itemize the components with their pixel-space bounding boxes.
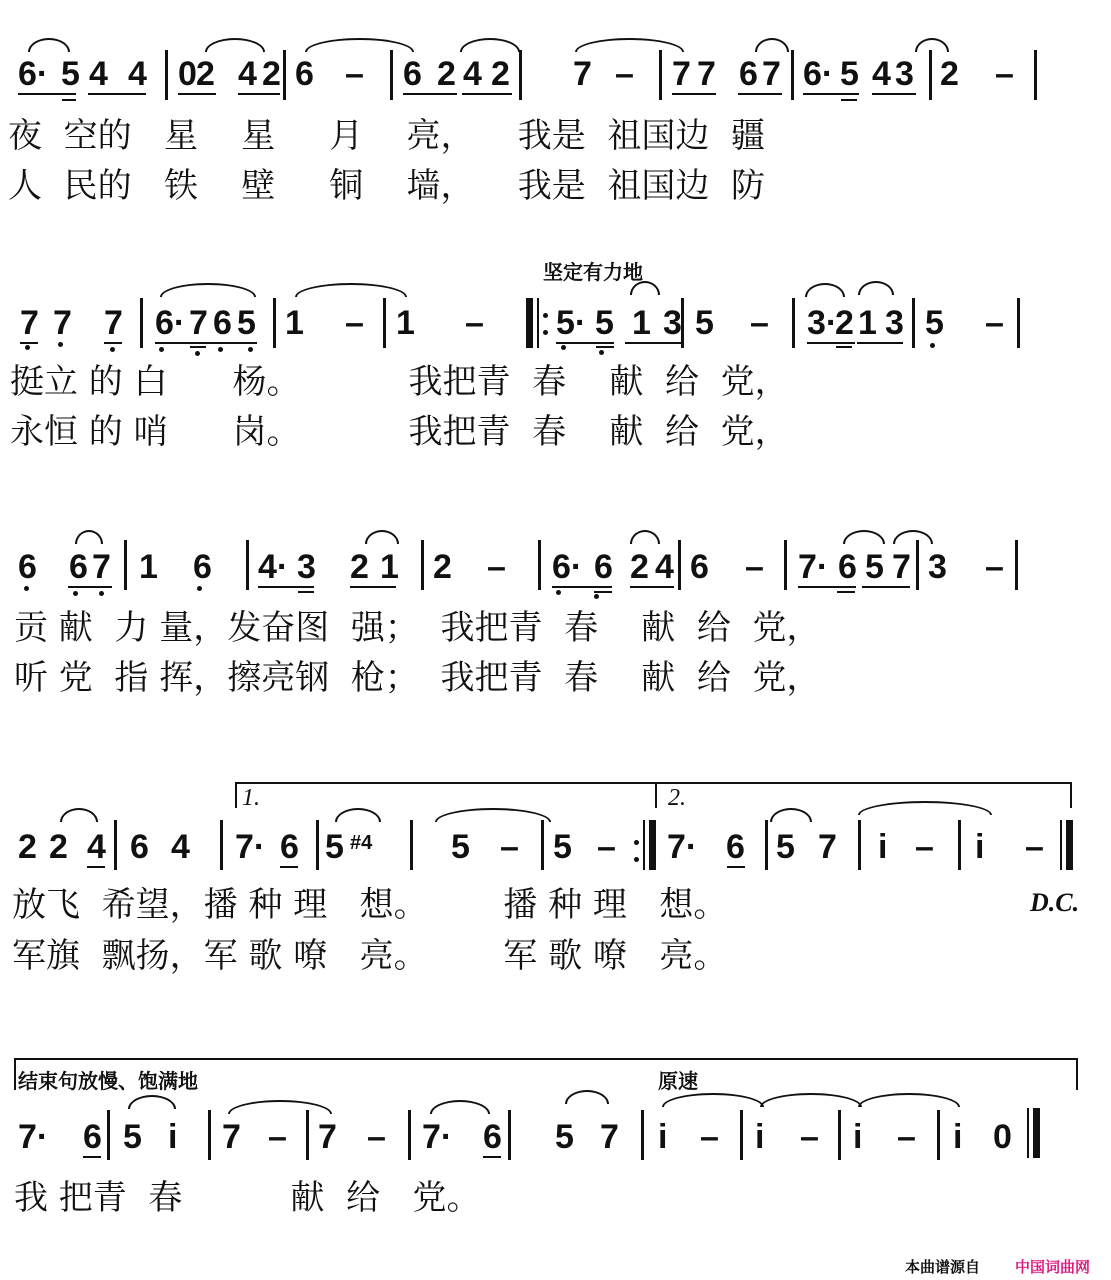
note: 2 bbox=[18, 830, 37, 864]
first-ending-bracket bbox=[235, 782, 655, 808]
lyrics-verse-2: 永恒 的 哨 岗。 我把青 春 献 给 党， bbox=[10, 412, 789, 452]
slur bbox=[858, 281, 894, 295]
barline bbox=[383, 298, 386, 348]
note: 4 bbox=[463, 57, 482, 91]
note-fermata: 7 bbox=[600, 1120, 619, 1154]
barline bbox=[408, 1110, 411, 1160]
dash: – bbox=[745, 550, 764, 584]
lyrics-verse-1: 挺立 的 白 杨。 我把青 春 献 给 党， bbox=[10, 362, 789, 402]
slur bbox=[770, 808, 812, 822]
barline bbox=[765, 820, 768, 870]
note: 1 bbox=[632, 306, 651, 340]
slur bbox=[365, 530, 399, 544]
note: 2 bbox=[940, 57, 959, 91]
dash: – bbox=[367, 1120, 386, 1154]
note: 2 bbox=[835, 306, 854, 340]
note: 5 bbox=[695, 306, 714, 340]
note: 7 bbox=[892, 550, 911, 584]
lyrics-coda: 我 把青 春 献 给 党。 bbox=[14, 1178, 481, 1218]
barline bbox=[784, 540, 787, 590]
tie bbox=[228, 1100, 332, 1114]
note: 7· bbox=[18, 1120, 48, 1154]
da-capo-mark: D.C. bbox=[1030, 888, 1079, 918]
note: 6 bbox=[83, 1120, 102, 1154]
note: 5 bbox=[776, 830, 795, 864]
dash: – bbox=[800, 1120, 819, 1154]
slur bbox=[160, 283, 256, 297]
slur bbox=[205, 38, 265, 52]
note: 5 bbox=[237, 306, 256, 340]
barline bbox=[114, 820, 117, 870]
lyrics-verse-2: 军旗 飘扬，军 歌 嘹 亮。 军 歌 嘹 亮。 bbox=[12, 936, 727, 976]
barline bbox=[681, 298, 684, 348]
barline bbox=[641, 1110, 644, 1160]
second-ending-bracket bbox=[655, 782, 1072, 808]
note: 7· bbox=[422, 1120, 452, 1154]
dash: – bbox=[465, 306, 484, 340]
barline bbox=[410, 820, 413, 870]
note: 6 bbox=[130, 830, 149, 864]
slur bbox=[805, 283, 845, 297]
note: 6 bbox=[69, 550, 88, 584]
note: 2 bbox=[49, 830, 68, 864]
barline bbox=[140, 298, 143, 348]
note: 4 bbox=[171, 830, 190, 864]
note-high: i bbox=[853, 1120, 862, 1154]
note: 4· bbox=[258, 550, 288, 584]
dash: – bbox=[345, 57, 364, 91]
second-ending-number: 2. bbox=[668, 785, 686, 812]
note: 7 bbox=[318, 1120, 337, 1154]
note: 6 bbox=[594, 550, 613, 584]
lyrics-verse-1: 贡 献 力 量，发奋图 强； 我把青 春 献 给 党， bbox=[14, 608, 821, 648]
final-barline bbox=[1027, 1108, 1029, 1158]
note: 5 bbox=[555, 1120, 574, 1154]
rest: 0 bbox=[993, 1120, 1012, 1154]
barline bbox=[107, 1110, 110, 1160]
barline bbox=[937, 1110, 940, 1160]
tie bbox=[575, 38, 684, 52]
slur bbox=[335, 808, 381, 822]
note: 7 bbox=[697, 57, 716, 91]
dash: – bbox=[500, 830, 519, 864]
barline bbox=[1015, 540, 1018, 590]
note: 7 bbox=[762, 57, 781, 91]
dash: – bbox=[487, 550, 506, 584]
dash: – bbox=[915, 830, 934, 864]
barline bbox=[912, 298, 915, 348]
slur bbox=[893, 530, 933, 544]
barline bbox=[538, 540, 541, 590]
note: 4 bbox=[87, 830, 106, 864]
note: 6 bbox=[403, 57, 422, 91]
note: 0 bbox=[178, 57, 197, 91]
barline bbox=[316, 820, 319, 870]
barline bbox=[792, 298, 795, 348]
site-name-link[interactable]: 中国词曲网 bbox=[1015, 1256, 1090, 1277]
note: 6 bbox=[690, 550, 709, 584]
note: 5 bbox=[451, 830, 470, 864]
note-high: i bbox=[975, 830, 984, 864]
note: 5 bbox=[325, 830, 344, 864]
note: 6· bbox=[552, 550, 582, 584]
note-high: i bbox=[878, 830, 887, 864]
note: 6 bbox=[280, 830, 299, 864]
tie bbox=[305, 38, 414, 52]
note: 4 bbox=[238, 57, 257, 91]
note: 6 bbox=[213, 306, 232, 340]
note: 7 bbox=[672, 57, 691, 91]
barline bbox=[541, 820, 544, 870]
dash: – bbox=[985, 306, 1004, 340]
barline bbox=[659, 50, 662, 100]
dash: – bbox=[750, 306, 769, 340]
lyrics-verse-1: 夜 空的 星 星 月 亮， 我是 祖国边 疆 bbox=[8, 116, 765, 156]
repeat-end-barline bbox=[643, 820, 645, 870]
dash: – bbox=[345, 306, 364, 340]
note: 7· bbox=[667, 830, 697, 864]
lyrics-verse-1: 放飞 希望，播 种 理 想。 播 种 理 想。 bbox=[12, 885, 727, 925]
note: 6 bbox=[838, 550, 857, 584]
source-label: 本曲谱源自 bbox=[905, 1256, 980, 1277]
note: 3 bbox=[663, 306, 682, 340]
dash: – bbox=[268, 1120, 287, 1154]
note: 5 bbox=[595, 306, 614, 340]
barline bbox=[929, 50, 932, 100]
note: 7 bbox=[20, 306, 39, 340]
dash: – bbox=[700, 1120, 719, 1154]
note: 7 bbox=[222, 1120, 241, 1154]
note-high: i bbox=[953, 1120, 962, 1154]
barline bbox=[165, 50, 168, 100]
barline bbox=[124, 540, 127, 590]
note: 2 bbox=[630, 550, 649, 584]
expression-mark: 结束句放慢、饱满地 bbox=[18, 1065, 198, 1094]
note: 2 bbox=[437, 57, 456, 91]
note: 3 bbox=[297, 550, 316, 584]
note: 6 bbox=[483, 1120, 502, 1154]
note: 7 bbox=[573, 57, 592, 91]
note: 4 bbox=[655, 550, 674, 584]
tempo-mark: 原速 bbox=[658, 1065, 698, 1094]
barline bbox=[246, 540, 249, 590]
repeat-start-barline bbox=[526, 298, 533, 348]
note: 7 bbox=[189, 306, 208, 340]
dash: – bbox=[597, 830, 616, 864]
barline bbox=[1034, 50, 1037, 100]
note: 6 bbox=[193, 550, 212, 584]
note: 6· bbox=[155, 306, 185, 340]
barline bbox=[916, 540, 919, 590]
note: 1 bbox=[285, 306, 304, 340]
note: 7· bbox=[798, 550, 828, 584]
note: 2 bbox=[350, 550, 369, 584]
note: 5 bbox=[123, 1120, 142, 1154]
note: 3 bbox=[895, 57, 914, 91]
barline bbox=[208, 1110, 211, 1160]
note: 1 bbox=[139, 550, 158, 584]
tie bbox=[858, 1093, 960, 1107]
note: 5 bbox=[840, 57, 859, 91]
barline bbox=[390, 50, 393, 100]
dash: – bbox=[985, 550, 1004, 584]
slur bbox=[630, 530, 660, 544]
slur bbox=[755, 38, 789, 52]
final-barline bbox=[1060, 820, 1062, 870]
slur bbox=[28, 38, 70, 52]
slur bbox=[843, 530, 885, 544]
barline bbox=[421, 540, 424, 590]
lyrics-verse-2: 人 民的 铁 壁 铜 墙， 我是 祖国边 防 bbox=[8, 166, 765, 206]
note: 7 bbox=[104, 306, 123, 340]
slur bbox=[128, 1095, 176, 1109]
barline bbox=[220, 820, 223, 870]
note: 4 bbox=[872, 57, 891, 91]
barline bbox=[678, 540, 681, 590]
note: 1 bbox=[380, 550, 399, 584]
note: 6 bbox=[739, 57, 758, 91]
barline bbox=[306, 1110, 309, 1160]
slur bbox=[75, 530, 103, 544]
note: 5 bbox=[61, 57, 80, 91]
barline bbox=[858, 820, 861, 870]
note: 6 bbox=[18, 550, 37, 584]
note: 3· bbox=[807, 306, 837, 340]
note: 1 bbox=[396, 306, 415, 340]
note: 2 bbox=[433, 550, 452, 584]
note-high: i bbox=[658, 1120, 667, 1154]
note: 6· bbox=[803, 57, 833, 91]
lyrics-verse-2: 听 党 指 挥，擦亮钢 枪； 我把青 春 献 给 党， bbox=[14, 658, 821, 698]
dash: – bbox=[1025, 830, 1044, 864]
note-high: i bbox=[755, 1120, 764, 1154]
note: 6 bbox=[295, 57, 314, 91]
note: 6 bbox=[726, 830, 745, 864]
barline bbox=[958, 820, 961, 870]
dash: – bbox=[897, 1120, 916, 1154]
dash: – bbox=[995, 57, 1014, 91]
tie bbox=[295, 283, 407, 297]
note: #4 bbox=[350, 826, 372, 860]
slur bbox=[915, 38, 949, 52]
note: 3 bbox=[885, 306, 904, 340]
tie bbox=[760, 1093, 862, 1107]
note: 5 bbox=[925, 306, 944, 340]
note: 7 bbox=[92, 550, 111, 584]
note: 6· bbox=[18, 57, 48, 91]
note: 2 bbox=[491, 57, 510, 91]
note-high: i bbox=[168, 1120, 177, 1154]
note: 5 bbox=[553, 830, 572, 864]
tie bbox=[662, 1093, 764, 1107]
barline bbox=[519, 50, 522, 100]
barline bbox=[740, 1110, 743, 1160]
note: 7 bbox=[53, 306, 72, 340]
note: 7· bbox=[235, 830, 265, 864]
note: 5 bbox=[865, 550, 884, 584]
expression-mark: 坚定有力地 bbox=[543, 256, 643, 285]
barline bbox=[838, 1110, 841, 1160]
barline bbox=[273, 298, 276, 348]
slur bbox=[460, 38, 520, 52]
note: 2 bbox=[262, 57, 281, 91]
slur bbox=[430, 1100, 490, 1114]
note: 2 bbox=[196, 57, 215, 91]
slur bbox=[60, 808, 98, 822]
slur bbox=[565, 1090, 609, 1104]
note: 4 bbox=[89, 57, 108, 91]
barline bbox=[1017, 298, 1020, 348]
barline bbox=[508, 1110, 511, 1160]
first-ending-number: 1. bbox=[242, 785, 260, 812]
note: 1 bbox=[858, 306, 877, 340]
dash: – bbox=[615, 57, 634, 91]
barline bbox=[791, 50, 794, 100]
note: 4 bbox=[128, 57, 147, 91]
tie bbox=[435, 808, 551, 822]
note: 7 bbox=[818, 830, 837, 864]
barline bbox=[283, 50, 286, 100]
note: 5· bbox=[556, 306, 586, 340]
note: 3 bbox=[928, 550, 947, 584]
